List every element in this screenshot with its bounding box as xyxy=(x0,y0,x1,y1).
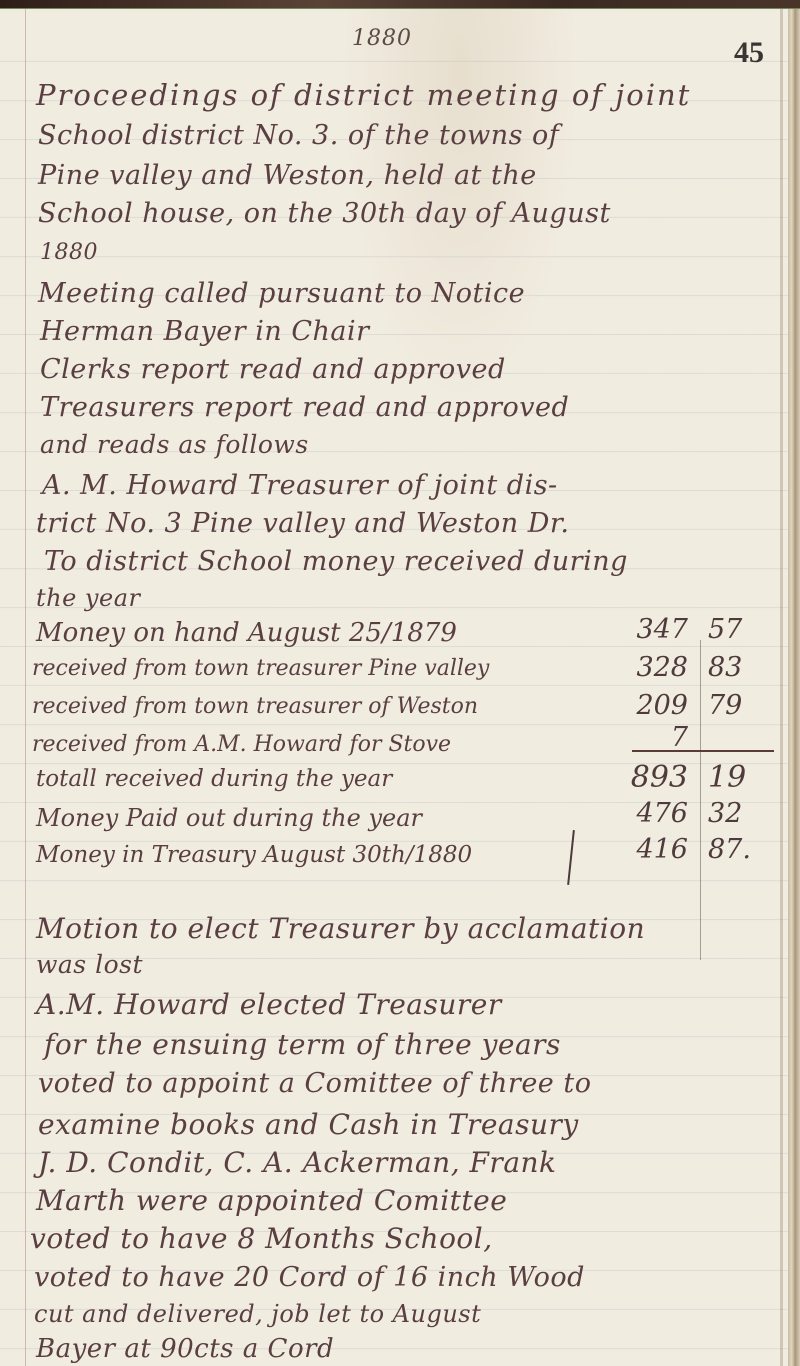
text-line: and reads as follows xyxy=(40,430,309,459)
text-line: Bayer at 90cts a Cord xyxy=(36,1334,334,1364)
text-line: voted to appoint a Comittee of three to xyxy=(38,1068,591,1099)
ledger-dollars: 416 xyxy=(608,834,688,865)
ledger-cents: 32 xyxy=(708,798,742,829)
ledger-description: Money on hand August 25/1879 xyxy=(36,618,457,648)
binding-fold xyxy=(780,9,783,1366)
book-binding xyxy=(788,9,800,1366)
text-line: Proceedings of district meeting of joint xyxy=(36,78,691,112)
text-line: 1880 xyxy=(40,240,98,265)
text-line: voted to have 20 Cord of 16 inch Wood xyxy=(34,1262,585,1293)
text-line: cut and delivered, job let to August xyxy=(34,1300,481,1328)
ledger-column-divider xyxy=(700,640,701,960)
text-line: Treasurers report read and approved xyxy=(40,392,569,423)
ledger-description: received from town treasurer of Weston xyxy=(32,694,478,719)
text-line: was lost xyxy=(36,950,143,979)
book-top-edge xyxy=(0,0,800,9)
ledger-dollars: 893 xyxy=(608,760,688,795)
text-line: the year xyxy=(36,584,140,612)
ledger-dollars: 476 xyxy=(608,798,688,829)
text-line: Marth were appointed Comittee xyxy=(36,1184,507,1217)
page-number: 45 xyxy=(734,36,764,70)
ledger-dollars: 7 xyxy=(608,722,688,753)
text-line: School district No. 3. of the towns of xyxy=(38,120,559,151)
ledger-cents: 79 xyxy=(708,690,742,721)
ledger-description: received from A.M. Howard for Stove xyxy=(32,732,451,757)
text-line: voted to have 8 Months School, xyxy=(30,1222,493,1255)
year-header: 1880 xyxy=(352,26,412,51)
text-line: A.M. Howard elected Treasurer xyxy=(36,988,502,1021)
ledger-description: Money Paid out during the year xyxy=(36,804,422,832)
text-line: for the ensuing term of three years xyxy=(44,1028,561,1061)
ledger-cents: 19 xyxy=(708,760,746,795)
text-line: Herman Bayer in Chair xyxy=(40,316,370,347)
ledger-dollars: 347 xyxy=(608,614,688,645)
text-line: School house, on the 30th day of August xyxy=(38,198,611,229)
text-line: To district School money received during xyxy=(44,546,628,577)
text-line: examine books and Cash in Treasury xyxy=(38,1108,579,1141)
margin-rule xyxy=(25,9,26,1366)
ledger-cents: 83 xyxy=(708,652,742,683)
ledger-description: received from town treasurer Pine valley xyxy=(32,656,489,681)
text-line: Clerks report read and approved xyxy=(40,354,506,385)
text-line: Motion to elect Treasurer by acclamation xyxy=(36,912,645,945)
text-line: Meeting called pursuant to Notice xyxy=(38,278,525,309)
ledger-cents: 57 xyxy=(708,614,742,645)
text-line: trict No. 3 Pine valley and Weston Dr. xyxy=(36,508,569,539)
text-line: A. M. Howard Treasurer of joint dis- xyxy=(42,470,558,501)
text-line: Pine valley and Weston, held at the xyxy=(38,160,537,191)
ledger-description: Money in Treasury August 30th/1880 xyxy=(36,842,472,868)
text-line: J. D. Condit, C. A. Ackerman, Frank xyxy=(38,1146,557,1179)
ledger-cents: 87. xyxy=(708,834,751,865)
ledger-description: totall received during the year xyxy=(36,766,392,792)
ledger-dollars: 209 xyxy=(608,690,688,721)
ledger-dollars: 328 xyxy=(608,652,688,683)
